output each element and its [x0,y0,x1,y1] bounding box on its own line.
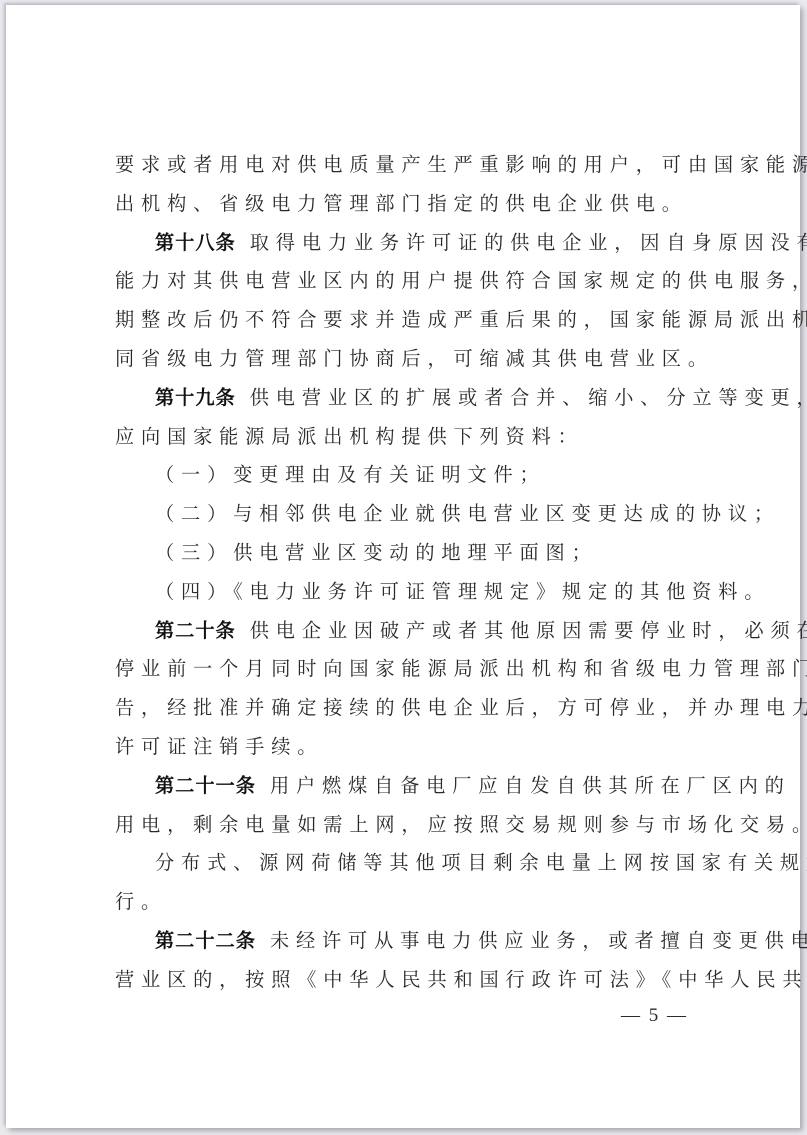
line-text: 许可证注销手续。 [115,735,323,758]
line-text: 未经许可从事电力供应业务，或者擅自变更供电 [270,929,807,952]
article-20-heading-line: 第二十条供电企业因破产或者其他原因需要停业时，必须在 [115,612,693,651]
article-number: 第二十条 [155,619,236,642]
line-text: 行。 [115,890,167,913]
paragraph-line: 许可证注销手续。 [115,728,693,767]
line-text: 告，经批准并确定接续的供电企业后，方可停业，并办理电力业务 [115,696,807,719]
list-item: （四）《电力业务许可证管理规定》规定的其他资料。 [115,573,693,612]
paragraph-line: 用电，剩余电量如需上网，应按照交易规则参与市场化交易。 [115,806,693,845]
list-item: （三）供电营业区变动的地理平面图； [115,534,693,573]
document-body: 要求或者用电对供电质量产生严重影响的用户，可由国家能源局派 出机构、省级电力管理… [115,146,693,1000]
list-item: （二）与相邻供电企业就供电营业区变更达成的协议； [115,495,693,534]
list-item-text: （三）供电营业区变动的地理平面图； [155,541,598,564]
line-text: 供电企业因破产或者其他原因需要停业时，必须在 [250,619,807,642]
paragraph-line: 告，经批准并确定接续的供电企业后，方可停业，并办理电力业务 [115,689,693,728]
paragraph-line: 同省级电力管理部门协商后，可缩减其供电营业区。 [115,340,693,379]
line-text: 出机构、省级电力管理部门指定的供电企业供电。 [115,192,688,215]
line-text: 应向国家能源局派出机构提供下列资料： [115,425,584,448]
document-page: 要求或者用电对供电质量产生严重影响的用户，可由国家能源局派 出机构、省级电力管理… [6,5,800,1128]
paragraph-line: 要求或者用电对供电质量产生严重影响的用户，可由国家能源局派 [115,146,693,185]
line-text: 停业前一个月同时向国家能源局派出机构和省级电力管理部门报 [115,657,807,680]
line-text: 营业区的，按照《中华人民共和国行政许可法》《中华人民共和国 [115,968,807,991]
list-item-text: （四）《电力业务许可证管理规定》规定的其他资料。 [155,580,770,603]
page-number: — 5 — [621,1005,688,1027]
line-text: 取得电力业务许可证的供电企业，因自身原因没有 [250,231,807,254]
paragraph-line: 出机构、省级电力管理部门指定的供电企业供电。 [115,185,693,224]
paragraph-line: 营业区的，按照《中华人民共和国行政许可法》《中华人民共和国 [115,961,693,1000]
list-item: （一）变更理由及有关证明文件； [115,456,693,495]
list-item-text: （二）与相邻供电企业就供电营业区变更达成的协议； [155,502,780,525]
article-22-heading-line: 第二十二条未经许可从事电力供应业务，或者擅自变更供电 [115,922,693,961]
line-text: 用电，剩余电量如需上网，应按照交易规则参与市场化交易。 [115,813,807,836]
paragraph-line: 能力对其供电营业区内的用户提供符合国家规定的供电服务，且限 [115,262,693,301]
line-text: 供电营业区的扩展或者合并、缩小、分立等变更， [250,386,807,409]
line-text: 期整改后仍不符合要求并造成严重后果的，国家能源局派出机构会 [115,308,807,331]
article-number: 第十九条 [155,386,236,409]
article-18-heading-line: 第十八条取得电力业务许可证的供电企业，因自身原因没有 [115,224,693,263]
article-number: 第十八条 [155,231,236,254]
paragraph-line: 分布式、源网荷储等其他项目剩余电量上网按国家有关规定执 [115,844,693,883]
line-text: 同省级电力管理部门协商后，可缩减其供电营业区。 [115,347,714,370]
line-text: 用户燃煤自备电厂应自发自供其所在厂区内的 [270,774,791,797]
article-19-heading-line: 第十九条供电营业区的扩展或者合并、缩小、分立等变更， [115,379,693,418]
article-21-heading-line: 第二十一条用户燃煤自备电厂应自发自供其所在厂区内的 [115,767,693,806]
line-text: 分布式、源网荷储等其他项目剩余电量上网按国家有关规定执 [155,851,807,874]
line-text: 能力对其供电营业区内的用户提供符合国家规定的供电服务，且限 [115,269,807,292]
paragraph-line: 期整改后仍不符合要求并造成严重后果的，国家能源局派出机构会 [115,301,693,340]
paragraph-line: 停业前一个月同时向国家能源局派出机构和省级电力管理部门报 [115,650,693,689]
line-text: 要求或者用电对供电质量产生严重影响的用户，可由国家能源局派 [115,153,807,176]
paragraph-line: 应向国家能源局派出机构提供下列资料： [115,418,693,457]
article-number: 第二十二条 [155,929,256,952]
article-number: 第二十一条 [155,774,256,797]
list-item-text: （一）变更理由及有关证明文件； [155,463,546,486]
paragraph-line: 行。 [115,883,693,922]
